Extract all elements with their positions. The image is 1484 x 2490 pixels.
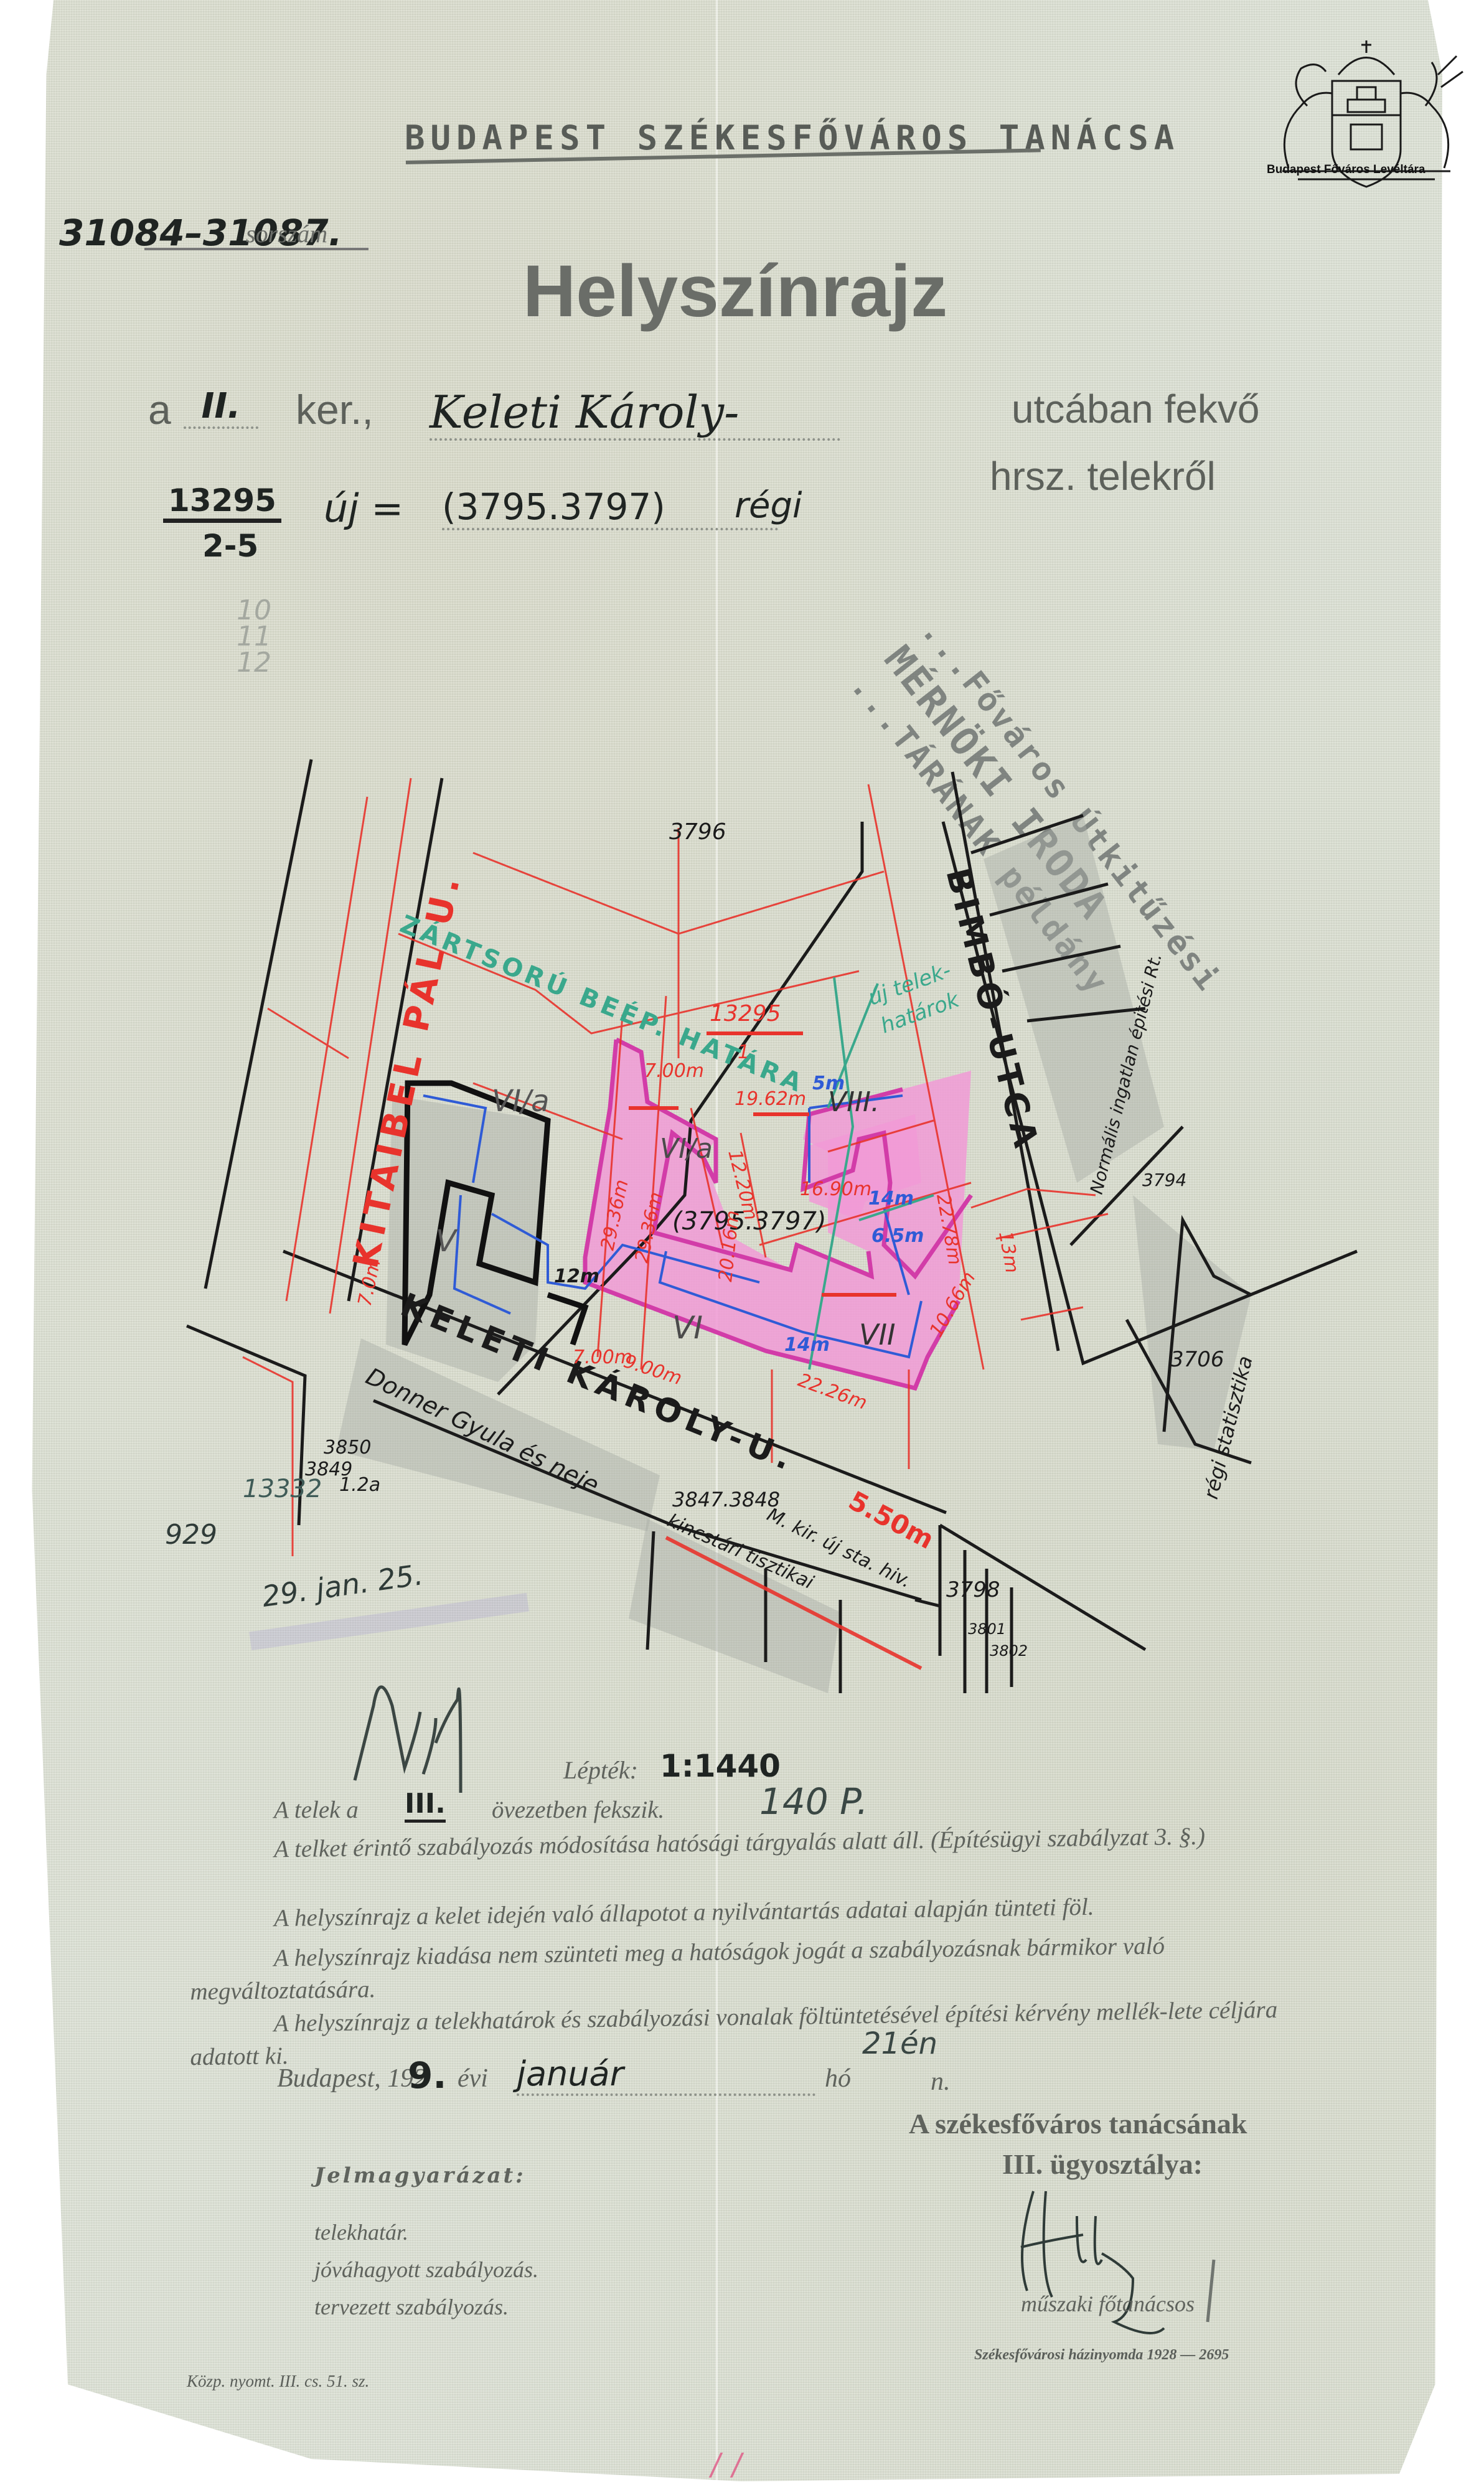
dim-13: 13m — [994, 1229, 1023, 1274]
parcel-3798: 3798 — [946, 1577, 1000, 1602]
zone-prefix: A telek a — [274, 1796, 359, 1824]
parcel-3801: 3801 — [968, 1620, 1006, 1638]
legend-item-telekhatar: telekhatár. — [314, 2219, 408, 2245]
date-evi: évi — [458, 2064, 488, 2093]
note-929: 929 — [165, 1519, 217, 1551]
parcel-3847-3848: 3847.3848 — [672, 1488, 780, 1511]
authority-signature-icon — [1008, 2179, 1257, 2365]
archive-caption: Budapest Főváros Levéltára — [1267, 163, 1425, 177]
margin-note-line: 12 — [237, 650, 271, 676]
zone-value: III. — [405, 1788, 446, 1823]
legend-item-tervezett: tervezett szabályozás. — [314, 2294, 509, 2320]
scale-label: Lépték: — [563, 1755, 638, 1785]
location-prefix: a — [148, 386, 171, 433]
date-day: 21én — [862, 2026, 937, 2061]
zone-suffix: övezetben fekszik. — [492, 1796, 664, 1824]
new-parcel-sub: 1 — [738, 1041, 749, 1063]
footer-left: Közp. nyomt. III. cs. 51. sz. — [187, 2372, 369, 2391]
parcel-old-label: régi — [735, 486, 802, 526]
new-parcel-13295: 13295 — [710, 1001, 781, 1027]
fee-note: 140 P. — [759, 1780, 868, 1823]
date-city: Budapest, 192 — [277, 2064, 426, 2093]
parcel-old: (3795.3797) — [442, 486, 778, 530]
parcel-3706: 3706 — [1170, 1347, 1224, 1372]
dim-16-90: 16.90m — [800, 1178, 871, 1200]
serial-label: sorszám — [246, 219, 327, 248]
parcel-3794: 3794 — [1142, 1170, 1186, 1190]
building-vi: VI — [672, 1310, 703, 1346]
footer-right: Székesfővárosi házinyomda 1928 — 2695 — [974, 2347, 1229, 2364]
parcel-suffix: hrsz. telekről — [990, 453, 1216, 499]
page-title: Helyszínrajz — [523, 249, 947, 334]
dim-blue-5m: 5m — [812, 1073, 845, 1094]
coat-of-arms-icon — [1264, 37, 1469, 205]
building-v: V — [436, 1224, 458, 1259]
legend-item-jovahagyott: jóváhagyott szabályozás. — [314, 2257, 538, 2283]
building-via: VI/a — [492, 1084, 550, 1119]
issuer-heading: BUDAPEST SZÉKESFŐVÁROS TANÁCSA — [405, 118, 1180, 157]
dim-blue-14m-b: 14m — [784, 1334, 830, 1356]
dim-12m: 12m — [554, 1266, 599, 1287]
parcel-3802: 3802 — [990, 1642, 1028, 1660]
serial-rule — [144, 248, 369, 250]
authority-line-1: A székesfőváros tanácsának — [909, 2107, 1247, 2140]
document-sheet: Budapest Főváros Levéltára BUDAPEST SZÉK… — [0, 0, 1484, 2490]
street-width: 5.50m — [843, 1485, 939, 1555]
scale-value: 1:1440 — [660, 1748, 781, 1784]
building-vii: VII — [859, 1318, 896, 1351]
parcel-1-2a: 1.2a — [339, 1474, 380, 1496]
parcel-3796: 3796 — [669, 819, 726, 845]
site-map: KITAIBEL PÁL U. BIMBÓ-UTCA KELETI KÁROLY… — [0, 747, 1484, 1693]
date-n: n. — [931, 2067, 951, 2097]
parcel-3850: 3850 — [324, 1437, 371, 1459]
parcel-new-label: új = — [324, 486, 403, 531]
district-label: ker., — [296, 386, 373, 433]
building-vi-a-2: VI/a — [660, 1133, 713, 1165]
dim-blue-6-5m: 6.5m — [871, 1225, 924, 1247]
margin-note-line: 11 — [237, 624, 271, 650]
dim-blue-14m-a: 14m — [868, 1188, 914, 1210]
date-month: január — [517, 2054, 815, 2096]
parcel-new-numerator: 13295 — [163, 482, 281, 523]
margin-note: 10 11 12 — [237, 598, 271, 676]
legend-title: Jelmagyarázat: — [314, 2163, 526, 2188]
authority-role: műszaki főtanácsos — [1021, 2291, 1195, 2317]
dim-19-62: 19.62m — [735, 1088, 806, 1110]
district-value: II. — [184, 386, 258, 429]
date-ho: hó — [825, 2064, 851, 2093]
parcel-new-denominator: 2-5 — [202, 528, 258, 564]
street-name: Keleti Károly- — [430, 386, 840, 441]
margin-note-line: 10 — [237, 598, 271, 624]
dim-7-00-top: 7.00m — [644, 1060, 704, 1082]
authority-line-2: III. ügyosztálya: — [1002, 2148, 1203, 2181]
street-suffix: utcában fekvő — [1012, 386, 1260, 432]
date-year: 9. — [408, 2054, 446, 2097]
